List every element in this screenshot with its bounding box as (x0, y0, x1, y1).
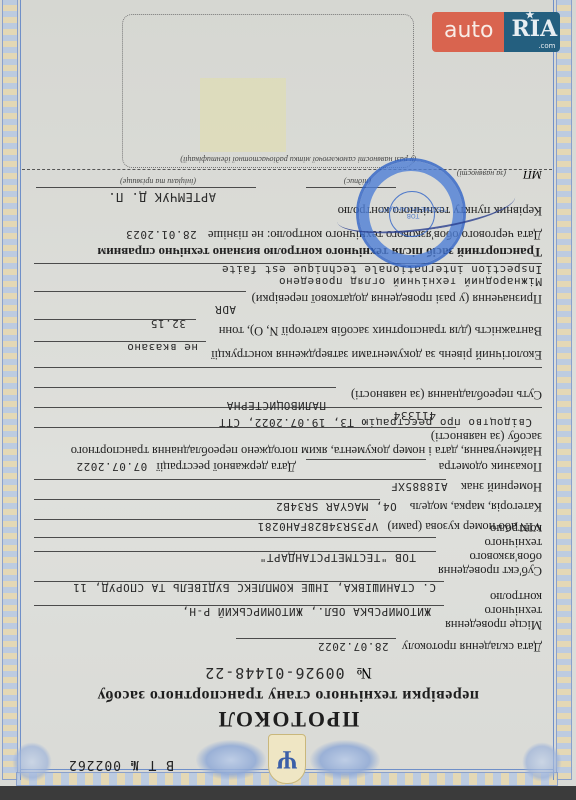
adhesive-stain (200, 78, 286, 152)
field-eco-level: Екологічний рівень за документами затвер… (34, 347, 542, 362)
underline (34, 479, 446, 480)
field-purpose: Призначення (у разі проведення додатково… (34, 291, 542, 306)
field-place-value-2: С. СТАНИШІВКА, ІНШЕ КОМПЛЕКС БУДІВЕЛЬ ТА… (73, 581, 436, 594)
conclusion-text: Транспортний засіб після технічного конт… (34, 244, 542, 260)
field-plate: Номерний знак AI8885XF (34, 479, 542, 494)
stamp-place-label: МП (523, 167, 542, 182)
underline (34, 551, 436, 552)
stamp-caption: (за наявності) (457, 169, 506, 178)
state-emblem: Ψ (170, 728, 406, 788)
field-label: Дата державної реєстрації (156, 459, 296, 474)
international-note-fr: Inspection internationale technique est … (221, 263, 542, 276)
watermark-auto: auto (432, 12, 504, 52)
field-label: Місце проведення технічного контролю (442, 590, 542, 632)
protocol-number: № 00926-01448-22 (0, 663, 576, 682)
field-protocol-date: Дата складення протоколу 28.07.2022 (34, 639, 542, 654)
next-inspection-date: 28.01.2023 (126, 228, 197, 241)
field-eco-level-value: не вказано (127, 341, 198, 354)
underline (34, 519, 366, 520)
field-conversion-doc: Найменування, дата і номер документа, як… (34, 415, 542, 458)
field-conversion-essence-value: ПАЛИВОЦИСТЕРНА (226, 399, 326, 412)
field-label: Номерний знак (461, 479, 542, 494)
field-vin: VIN або номер кузова (рами) VP35R34B28FA… (34, 519, 542, 534)
underline (34, 367, 542, 368)
corner-ornament-icon (522, 742, 562, 782)
number-value: 00926-01448-22 (204, 664, 344, 682)
protocol-sheet: Ψ В Т № 002262 ПРОТОКОЛ перевірки техніч… (0, 0, 576, 800)
name-caption: (ініціали та прізвище) (120, 177, 196, 186)
underline (34, 427, 456, 428)
form-series-number: В Т № 002262 (68, 757, 174, 772)
underline (34, 605, 444, 606)
number-label: № (357, 664, 372, 681)
tryzub-icon: Ψ (268, 734, 306, 784)
field-value: 07.07.2022 (76, 460, 147, 473)
underline (34, 387, 336, 388)
field-category: Категорія, марка, модель O4, MAGYAR SR34… (34, 499, 542, 514)
field-place-label: Місце проведення технічного контролю (442, 590, 542, 632)
field-label: VIN або номер кузова (рами) (387, 519, 542, 534)
ornament-right-icon (196, 740, 266, 780)
field-capacity: Вантажність (для транспортних засобів ка… (34, 323, 542, 338)
field-label: Найменування, дата і номер документа, як… (34, 430, 542, 458)
field-label: Екологічний рівень за документами затвер… (211, 347, 542, 362)
field-value: AI8885XF (391, 480, 448, 493)
next-inspection: Дата чергового обов'язкового технічного … (34, 227, 542, 242)
document-title: ПРОТОКОЛ (0, 706, 576, 732)
field-label: Призначення (у разі проведення додатково… (252, 291, 542, 306)
photo-edge-shadow (0, 786, 576, 800)
field-value: 28.07.2022 (317, 640, 388, 653)
ornament-left-icon (310, 740, 380, 780)
international-note-ua: Міжнародний технічний огляд проведено (278, 275, 542, 288)
autoria-watermark: auto ★ RIA .com (432, 12, 560, 52)
watermark-ria: ★ RIA .com (504, 12, 560, 52)
field-value: VP35R34B28FAH0281 (257, 520, 378, 533)
star-icon: ★ (526, 10, 535, 21)
name-line (36, 187, 256, 188)
field-label: Показник одометра (439, 459, 542, 474)
underline (306, 459, 426, 460)
field-label: Дата складення протоколу (402, 639, 542, 654)
underline (236, 638, 396, 639)
underline (34, 341, 206, 342)
underline (34, 537, 436, 538)
field-subject-value: ТОВ "ТЕСТМЕТРСТАНДАРТ" (259, 551, 416, 564)
watermark-domain: .com (538, 42, 555, 50)
underline (34, 581, 444, 582)
underline (34, 319, 196, 320)
field-label: Суть переобладнання (за наявності) (351, 387, 542, 402)
underline (34, 291, 246, 292)
field-label: Вантажність (для транспортних засобів ка… (219, 323, 542, 338)
corner-ornament-icon (12, 742, 52, 782)
field-conversion-number: 411334 (393, 409, 436, 422)
underline (34, 263, 542, 264)
head-name: АРТЕМЧУК Д. П. (108, 190, 216, 204)
document-subtitle: перевірки технічного стану транспортного… (0, 686, 576, 704)
field-place-value-1: ЖИТОМИРСЬКА ОБЛ., ЖИТОМИРСЬКИЙ Р-Н, (182, 605, 431, 618)
field-value: O4, MAGYAR SR34B2 (276, 500, 397, 513)
field-label: Категорія, марка, модель (410, 499, 542, 514)
underline (34, 499, 380, 500)
field-registration-date: Дата державної реєстрації 07.07.2022 (36, 459, 296, 474)
